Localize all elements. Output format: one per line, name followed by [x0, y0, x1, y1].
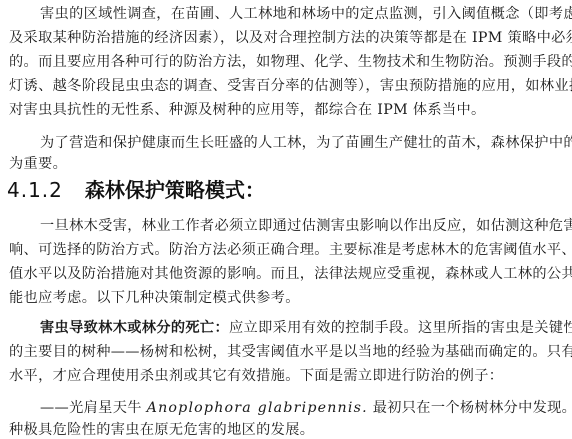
section-heading: 4.1.2森林保护策略模式： — [7, 176, 265, 204]
paragraph-1-line-5: 对害虫具抗性的无性系、种源及树种的应用等，都综合在 IPM 体系当中。 — [9, 100, 565, 120]
paragraph-5-prefix: ——光肩星天牛 — [40, 400, 142, 416]
document-page: 害虫的区域性调查，在苗圃、人工林地和林场中的定点监测，引入阈值概念（即考虑对植物… — [0, 0, 572, 439]
paragraph-2-line-2: 为重要。 — [9, 154, 565, 174]
species-latin-name: Anoplophora glabripennis. — [147, 400, 368, 416]
paragraph-4-line-3: 水平，才应合理使用杀虫剂或其它有效措施。下面是需立即进行防治的例子： — [9, 366, 565, 386]
section-number: 4.1.2 — [7, 178, 63, 202]
paragraph-3-line-1: 一旦林木受害，林业工作者必须立即通过估测害虫影响以作出反应，如估测这种危害导致的… — [40, 216, 565, 236]
paragraph-5-line-1-rest: 最初只在一个杨树林分中发现。防治目的是避免这 — [373, 400, 572, 416]
paragraph-4-line-1: 害虫导致林木或林分的死亡：应立即采用有效的控制手段。这里所指的害虫是关键性害虫。… — [40, 318, 565, 338]
paragraph-3-line-3: 值水平以及防治措施对其他资源的影响。而且，法律法规应受重视，森林或人工林的公共价… — [9, 264, 565, 284]
paragraph-4-line-2: 的主要目的树种——杨树和松树，其受害阈值水平是以当地的经验为基础而确定的。只有危… — [9, 342, 565, 362]
paragraph-1-line-4: 灯诱、越冬阶段昆虫虫态的调查、受害百分率的估测等），害虫预防措施的应用，如林业措… — [9, 76, 565, 96]
paragraph-4-bold-lead: 害虫导致林木或林分的死亡： — [40, 320, 229, 336]
paragraph-1-line-3: 的。而且要应用各种可行的防治方法，如物理、化学、生物技术和生物防治。预测手段的应… — [9, 52, 565, 72]
paragraph-4-line-1-text: 应立即采用有效的控制手段。这里所指的害虫是关键性害虫。本项目 — [229, 320, 572, 336]
section-title: 森林保护策略模式： — [85, 178, 265, 202]
paragraph-5-line-2: 种极具危险性的害虫在原无危害的地区的发展。 — [9, 420, 565, 439]
paragraph-5-line-1: ——光肩星天牛 Anoplophora glabripennis. 最初只在一个… — [40, 398, 565, 418]
paragraph-1-line-1: 害虫的区域性调查，在苗圃、人工林地和林场中的定点监测，引入阈值概念（即考虑对植物… — [40, 4, 565, 24]
paragraph-2-line-1: 为了营造和保护健康而生长旺盛的人工林，为了苗圃生产健壮的苗木，森林保护中的 IP… — [40, 133, 565, 153]
paragraph-1-line-2: 及采取某种防治措施的经济因素），以及对合理控制方法的决策等都是在 IPM 策略中… — [9, 28, 565, 48]
paragraph-3-line-2: 响、可选择的防治方式。防治方法必须正确合理。主要标准是考虑林木的危害阈值水平、经… — [9, 240, 565, 260]
paragraph-3-line-4: 能也应考虑。以下几种决策制定模式供参考。 — [9, 288, 565, 308]
